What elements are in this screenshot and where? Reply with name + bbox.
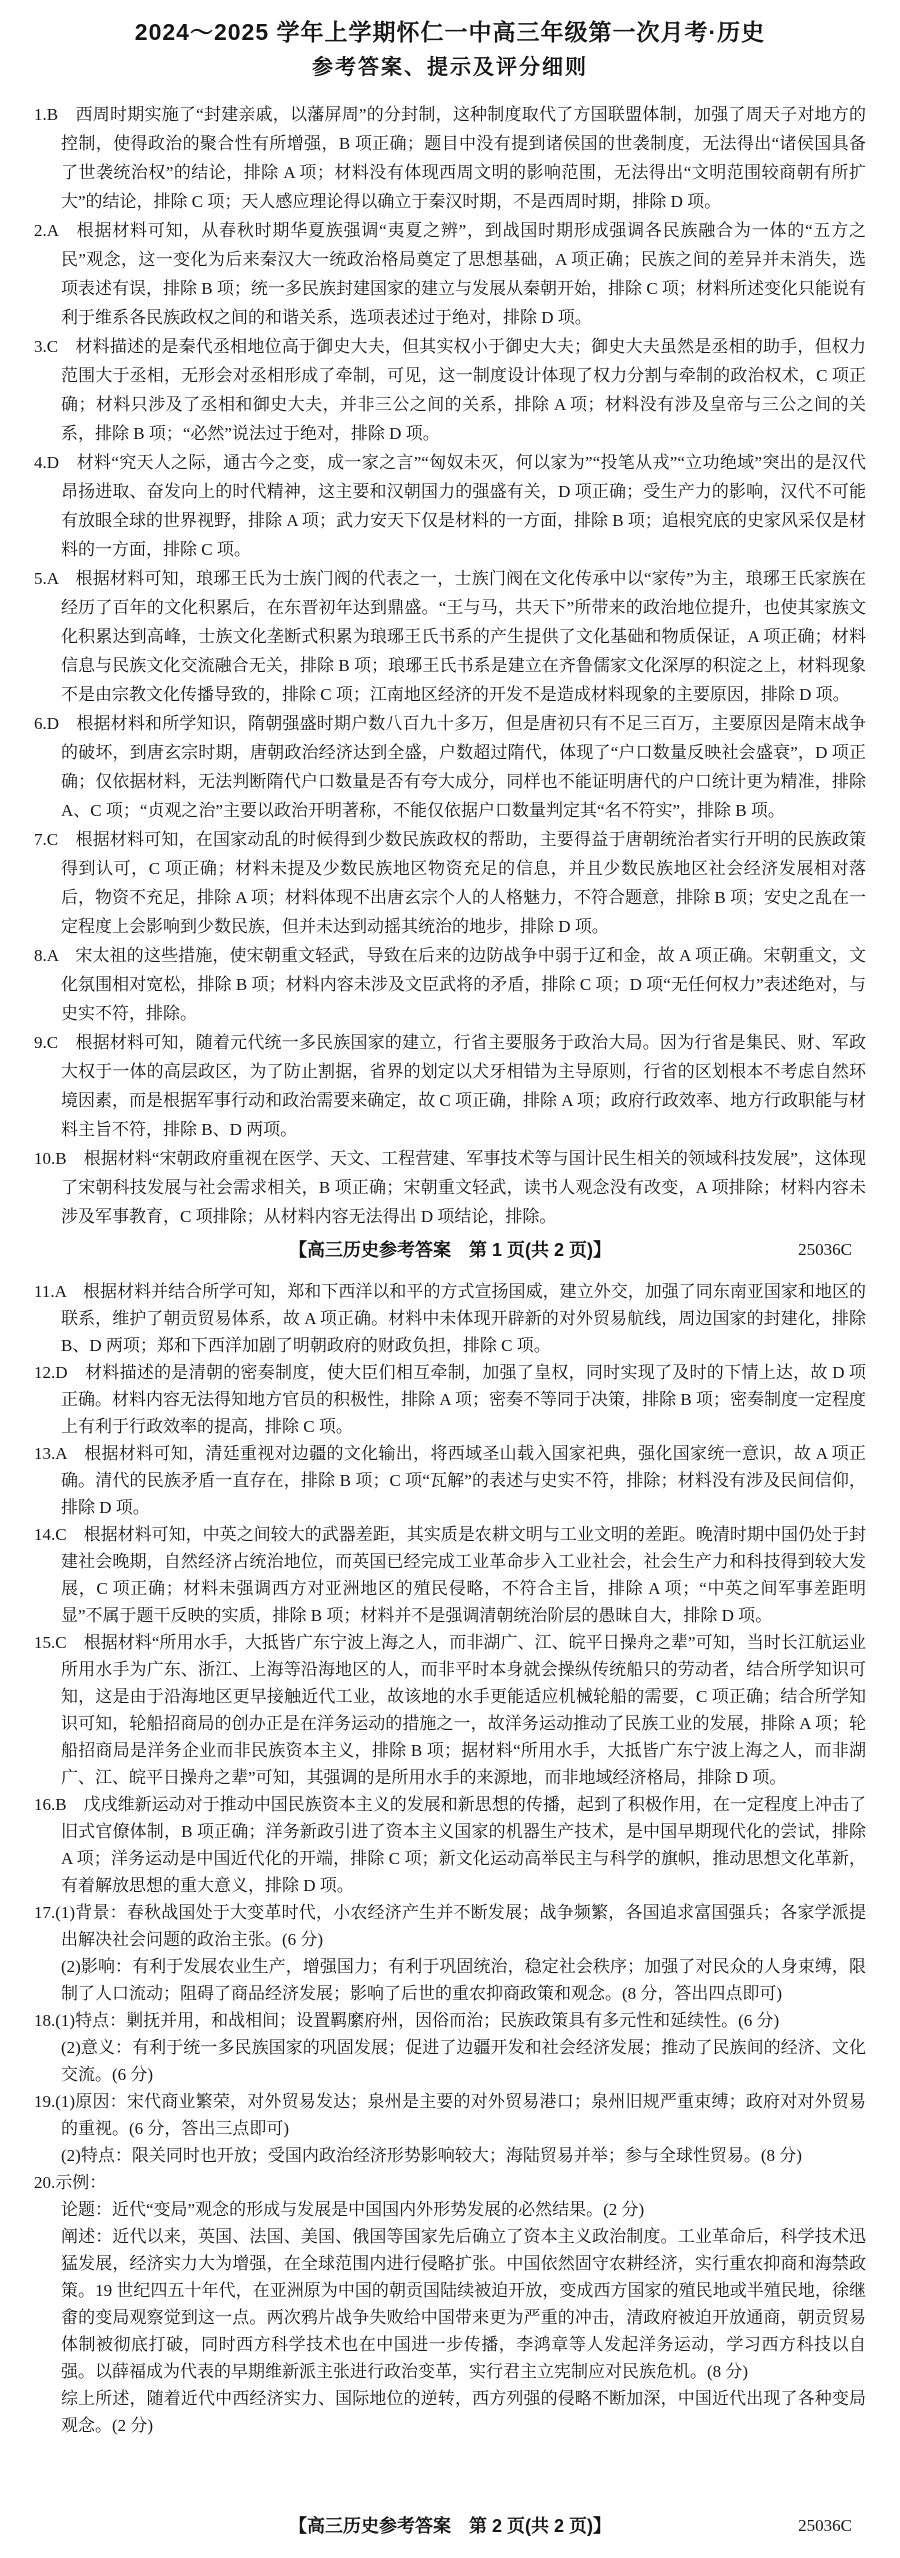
answer-first-line: 11.A 根据材料并结合所学可知，郑和下西洋以和平的方式宣扬国威，建立外交，加强… — [34, 1278, 866, 1359]
answer-text: 根据材料可知，琅琊王氏为士族门阀的代表之一，士族门阀在文化传承中以“家传”为主，… — [58, 569, 866, 704]
answer-text: 西周时期实施了“封建亲戚，以藩屏周”的分封制，这种制度取代了方国联盟体制，加强了… — [58, 105, 866, 211]
answer-number: 18. — [34, 2011, 55, 2030]
answer-first-line: 14.C 根据材料可知，中英之间较大的武器差距，其实质是农耕文明与工业文明的差距… — [34, 1521, 866, 1629]
answer-item: 13.A 根据材料可知，清廷重视对边疆的文化输出，将西域圣山载入国家祀典，强化国… — [34, 1440, 866, 1521]
answer-first-line: 15.C 根据材料“所用水手，大抵皆广东宁波上海之人，而非湖广、江、皖平日操舟之… — [34, 1629, 866, 1791]
answer-text: (1)原因：宋代商业繁荣，对外贸易发达；泉州是主要的对外贸易港口；泉州旧规严重束… — [55, 2092, 866, 2138]
answer-item: 12.D 材料描述的是清朝的密奏制度，使大臣们相互牵制，加强了皇权，同时实现了及… — [34, 1359, 866, 1440]
answer-first-line: 1.B 西周时期实施了“封建亲戚，以藩屏周”的分封制，这种制度取代了方国联盟体制… — [34, 100, 866, 216]
answer-text: 材料描述的是秦代丞相地位高于御史大夫，但其实权小于御史大夫；御史大夫虽然是丞相的… — [58, 337, 866, 443]
answer-number: 20. — [34, 2173, 55, 2192]
answer-item: 10.B 根据材料“宋朝政府重视在医学、天文、工程营建、军事技术等与国计民生相关… — [34, 1144, 866, 1231]
answer-number: 16.B — [34, 1795, 67, 1814]
answer-number: 5.A — [34, 569, 58, 588]
answer-item: 7.C 根据材料可知，在国家动乱的时候得到少数民族政权的帮助，主要得益于唐朝统治… — [34, 825, 866, 941]
answer-item: 16.B 戊戌维新运动对于推动中国民族资本主义的发展和新思想的传播，起到了积极作… — [34, 1791, 866, 1899]
answer-first-line: 4.D 材料“究天人之际，通古今之变，成一家之言”“匈奴未灭，何以家为”“投笔从… — [34, 448, 866, 564]
answer-item: 4.D 材料“究天人之际，通古今之变，成一家之言”“匈奴未灭，何以家为”“投笔从… — [34, 448, 866, 564]
answer-first-line: 6.D 根据材料和所学知识，隋朝强盛时期户数八百九十多万，但是唐初只有不足三百万… — [34, 709, 866, 825]
answer-number: 19. — [34, 2092, 55, 2111]
answer-text: 根据材料可知，清廷重视对边疆的文化输出，将西域圣山载入国家祀典，强化国家统一意识… — [61, 1444, 866, 1517]
answer-item: 20.示例：论题：近代“变局”观念的形成与发展是中国国内外形势发展的必然结果。(… — [34, 2169, 866, 2439]
answer-sub-part: (2)影响：有利于发展农业生产，增强国力；有利于巩固统治，稳定社会秩序；加强了对… — [34, 1953, 866, 2007]
answer-text: 示例： — [55, 2173, 106, 2192]
answer-number: 12.D — [34, 1363, 68, 1382]
answer-text: 根据材料可知，中英之间较大的武器差距，其实质是农耕文明与工业文明的差距。晚清时期… — [61, 1525, 866, 1625]
answer-number: 14.C — [34, 1525, 67, 1544]
answer-item: 19.(1)原因：宋代商业繁荣，对外贸易发达；泉州是主要的对外贸易港口；泉州旧规… — [34, 2088, 866, 2169]
answer-first-line: 17.(1)背景：春秋战国处于大变革时代，小农经济产生并不断发展；战争频繁，各国… — [34, 1899, 866, 1953]
answer-item: 2.A 根据材料可知，从春秋时期华夏族强调“夷夏之辨”，到战国时期形成强调各民族… — [34, 216, 866, 332]
answer-number: 9.C — [34, 1033, 58, 1052]
page-2-footer-label: 【高三历史参考答案 第 2 页(共 2 页)】 — [0, 2512, 900, 2540]
answer-sub-part: 论题：近代“变局”观念的形成与发展是中国国内外形势发展的必然结果。(2 分) — [34, 2196, 866, 2223]
answer-text: (1)特点：剿抚并用，和战相间；设置羁縻府州，因俗而治；民族政策具有多元性和延续… — [55, 2011, 779, 2030]
page-1-footer: 【高三历史参考答案 第 1 页(共 2 页)】 25036C — [0, 1236, 900, 1264]
answer-sub-part: (2)特点：限关同时也开放；受国内政治经济形势影响较大；海陆贸易并举；参与全球性… — [34, 2142, 866, 2169]
answer-item: 5.A 根据材料可知，琅琊王氏为士族门阀的代表之一，士族门阀在文化传承中以“家传… — [34, 564, 866, 709]
page-1-answers: 1.B 西周时期实施了“封建亲戚，以藩屏周”的分封制，这种制度取代了方国联盟体制… — [34, 100, 866, 1278]
answer-first-line: 2.A 根据材料可知，从春秋时期华夏族强调“夷夏之辨”，到战国时期形成强调各民族… — [34, 216, 866, 332]
answer-item: 18.(1)特点：剿抚并用，和战相间；设置羁縻府州，因俗而治；民族政策具有多元性… — [34, 2007, 866, 2088]
answer-text: 根据材料可知，从春秋时期华夏族强调“夷夏之辨”，到战国时期形成强调各民族融合为一… — [58, 221, 866, 327]
answer-number: 15.C — [34, 1633, 67, 1652]
answer-item: 3.C 材料描述的是秦代丞相地位高于御史大夫，但其实权小于御史大夫；御史大夫虽然… — [34, 332, 866, 448]
answer-text: 戊戌维新运动对于推动中国民族资本主义的发展和新思想的传播，起到了积极作用，在一定… — [61, 1795, 866, 1895]
answer-text: 根据材料可知，在国家动乱的时候得到少数民族政权的帮助，主要得益于唐朝统治者实行开… — [58, 830, 866, 936]
answer-number: 11.A — [34, 1282, 66, 1301]
answer-text: (1)背景：春秋战国处于大变革时代，小农经济产生并不断发展；战争频繁，各国追求富… — [55, 1903, 866, 1949]
answer-text: 宋太祖的这些措施，使宋朝重文轻武，导致在后来的边防战争中弱于辽和金，故 A 项正… — [58, 946, 866, 1023]
answer-item: 17.(1)背景：春秋战国处于大变革时代，小农经济产生并不断发展；战争频繁，各国… — [34, 1899, 866, 2007]
answer-first-line: 8.A 宋太祖的这些措施，使宋朝重文轻武，导致在后来的边防战争中弱于辽和金，故 … — [34, 941, 866, 1028]
answer-sub-part: (2)意义：有利于统一多民族国家的巩固发展；促进了边疆开发和社会经济发展；推动了… — [34, 2034, 866, 2088]
answer-first-line: 19.(1)原因：宋代商业繁荣，对外贸易发达；泉州是主要的对外贸易港口；泉州旧规… — [34, 2088, 866, 2142]
page-2-answers: 11.A 根据材料并结合所学可知，郑和下西洋以和平的方式宣扬国威，建立外交，加强… — [34, 1278, 866, 2458]
answer-first-line: 3.C 材料描述的是秦代丞相地位高于御史大夫，但其实权小于御史大夫；御史大夫虽然… — [34, 332, 866, 448]
answer-number: 4.D — [34, 453, 59, 472]
answer-text: 材料描述的是清朝的密奏制度，使大臣们相互牵制，加强了皇权，同时实现了及时的下情上… — [61, 1363, 866, 1436]
document-title: 2024～2025 学年上学期怀仁一中高三年级第一次月考·历史 — [34, 14, 866, 50]
page-2-paper-code: 25036C — [798, 2512, 852, 2540]
answer-text: 根据材料“宋朝政府重视在医学、天文、工程营建、军事技术等与国计民生相关的领域科技… — [61, 1149, 866, 1226]
answer-item: 14.C 根据材料可知，中英之间较大的武器差距，其实质是农耕文明与工业文明的差距… — [34, 1521, 866, 1629]
answer-text: 根据材料可知，随着元代统一多民族国家的建立，行省主要服务于政治大局。因为行省是集… — [58, 1033, 866, 1139]
page-1-paper-code: 25036C — [798, 1236, 852, 1264]
answer-first-line: 20.示例： — [34, 2169, 866, 2196]
exam-answer-key-document: 2024～2025 学年上学期怀仁一中高三年级第一次月考·历史 参考答案、提示及… — [0, 0, 900, 2558]
document-header: 2024～2025 学年上学期怀仁一中高三年级第一次月考·历史 参考答案、提示及… — [34, 14, 866, 84]
answer-first-line: 16.B 戊戌维新运动对于推动中国民族资本主义的发展和新思想的传播，起到了积极作… — [34, 1791, 866, 1899]
answer-item: 11.A 根据材料并结合所学可知，郑和下西洋以和平的方式宣扬国威，建立外交，加强… — [34, 1278, 866, 1359]
answer-number: 17. — [34, 1903, 55, 1922]
answer-number: 2.A — [34, 221, 58, 240]
answer-sub-part: 综上所述，随着近代中西经济实力、国际地位的逆转，西方列强的侵略不断加深，中国近代… — [34, 2385, 866, 2439]
answer-item: 15.C 根据材料“所用水手，大抵皆广东宁波上海之人，而非湖广、江、皖平日操舟之… — [34, 1629, 866, 1791]
answer-first-line: 12.D 材料描述的是清朝的密奏制度，使大臣们相互牵制，加强了皇权，同时实现了及… — [34, 1359, 866, 1440]
page-1-footer-label: 【高三历史参考答案 第 1 页(共 2 页)】 — [0, 1236, 900, 1264]
answer-text: 根据材料并结合所学可知，郑和下西洋以和平的方式宣扬国威，建立外交，加强了同东南亚… — [61, 1282, 866, 1355]
answer-item: 1.B 西周时期实施了“封建亲戚，以藩屏周”的分封制，这种制度取代了方国联盟体制… — [34, 100, 866, 216]
answer-first-line: 7.C 根据材料可知，在国家动乱的时候得到少数民族政权的帮助，主要得益于唐朝统治… — [34, 825, 866, 941]
document-subtitle: 参考答案、提示及评分细则 — [34, 52, 866, 84]
answer-first-line: 18.(1)特点：剿抚并用，和战相间；设置羁縻府州，因俗而治；民族政策具有多元性… — [34, 2007, 866, 2034]
answer-number: 3.C — [34, 337, 58, 356]
answer-text: 根据材料“所用水手，大抵皆广东宁波上海之人，而非湖广、江、皖平日操舟之辈”可知，… — [61, 1633, 866, 1787]
answer-text: 根据材料和所学知识，隋朝强盛时期户数八百九十多万，但是唐初只有不足三百万，主要原… — [59, 714, 866, 820]
answer-item: 8.A 宋太祖的这些措施，使宋朝重文轻武，导致在后来的边防战争中弱于辽和金，故 … — [34, 941, 866, 1028]
answer-number: 1.B — [34, 105, 58, 124]
answer-first-line: 13.A 根据材料可知，清廷重视对边疆的文化输出，将西域圣山载入国家祀典，强化国… — [34, 1440, 866, 1521]
answer-first-line: 5.A 根据材料可知，琅琊王氏为士族门阀的代表之一，士族门阀在文化传承中以“家传… — [34, 564, 866, 709]
answer-number: 6.D — [34, 714, 59, 733]
answer-item: 9.C 根据材料可知，随着元代统一多民族国家的建立，行省主要服务于政治大局。因为… — [34, 1028, 866, 1144]
answer-number: 10.B — [34, 1149, 67, 1168]
answer-sub-part: 阐述：近代以来，英国、法国、美国、俄国等国家先后确立了资本主义政治制度。工业革命… — [34, 2223, 866, 2385]
answer-first-line: 10.B 根据材料“宋朝政府重视在医学、天文、工程营建、军事技术等与国计民生相关… — [34, 1144, 866, 1231]
answer-number: 8.A — [34, 946, 58, 965]
answer-first-line: 9.C 根据材料可知，随着元代统一多民族国家的建立，行省主要服务于政治大局。因为… — [34, 1028, 866, 1144]
answer-item: 6.D 根据材料和所学知识，隋朝强盛时期户数八百九十多万，但是唐初只有不足三百万… — [34, 709, 866, 825]
page-2-footer: 【高三历史参考答案 第 2 页(共 2 页)】 25036C — [0, 2512, 900, 2540]
answer-text: 材料“究天人之际，通古今之变，成一家之言”“匈奴未灭，何以家为”“投笔从戎”“立… — [59, 453, 866, 559]
answer-number: 13.A — [34, 1444, 67, 1463]
answer-number: 7.C — [34, 830, 58, 849]
